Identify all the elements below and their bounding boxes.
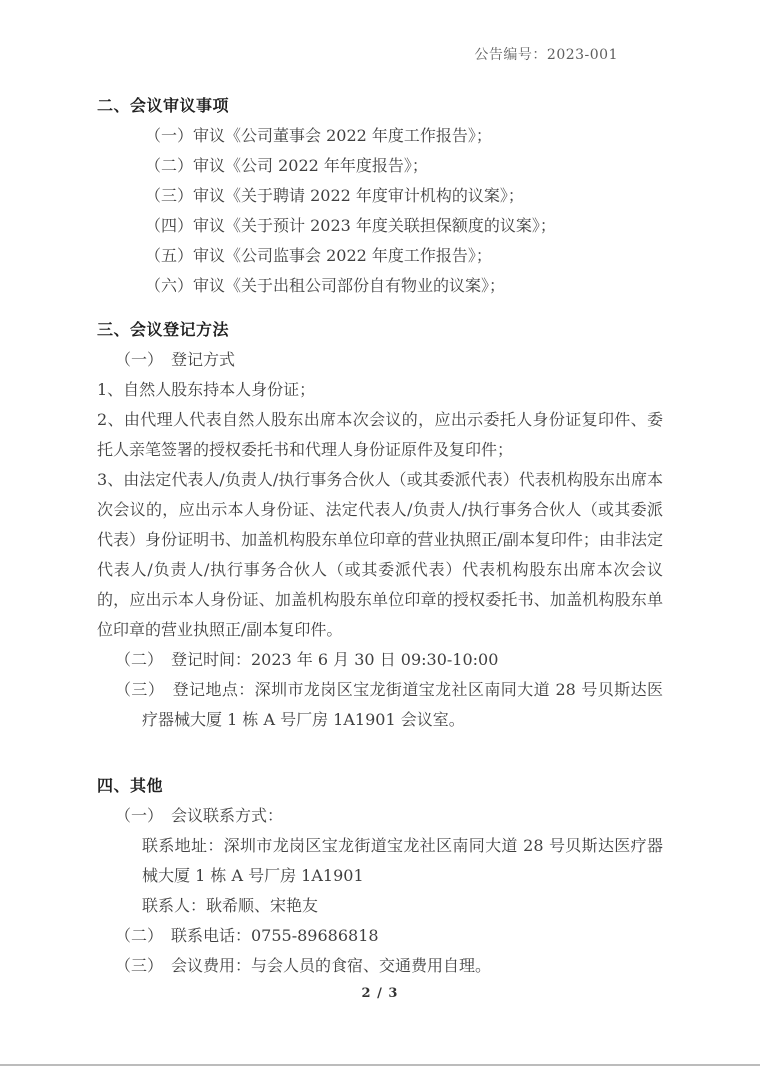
contact-phone: （二） 联系电话：0755-89686818: [115, 921, 663, 951]
review-item-3: （三）审议《关于聘请 2022 年度审计机构的议案》；: [145, 181, 663, 211]
review-item-4: （四）审议《关于预计 2023 年度关联担保额度的议案》；: [145, 211, 663, 241]
review-item-6: （六）审议《关于出租公司部份自有物业的议案》；: [145, 271, 663, 301]
registration-rule-1: 1、自然人股东持本人身份证；: [97, 375, 663, 405]
registration-rule-3: 3、由法定代表人/负责人/执行事务合伙人（或其委派代表）代表机构股东出席本次会议…: [97, 465, 663, 645]
document-content: 公告编号：2023-001 二、会议审议事项 （一）审议《公司董事会 2022 …: [0, 0, 760, 1007]
section-heading-review: 二、会议审议事项: [97, 91, 663, 121]
registration-time: （二） 登记时间：2023 年 6 月 30 日 09:30-10:00: [115, 645, 663, 675]
registration-method-title: （一） 登记方式: [115, 345, 663, 375]
meeting-fee: （三） 会议费用：与会人员的食宿、交通费用自理。: [115, 951, 663, 981]
announcement-number: 公告编号：2023-001: [97, 45, 663, 65]
contact-method-title: （一） 会议联系方式：: [115, 801, 663, 831]
page-bottom-divider: [0, 1064, 760, 1066]
page-number: 2 / 3: [97, 981, 663, 1007]
contact-address: 联系地址：深圳市龙岗区宝龙街道宝龙社区南同大道 28 号贝斯达医疗器械大厦 1 …: [142, 831, 663, 891]
contact-persons: 联系人：耿希顺、宋艳友: [142, 891, 663, 921]
review-item-1: （一）审议《公司董事会 2022 年度工作报告》；: [145, 121, 663, 151]
document-page: 公告编号：2023-001 二、会议审议事项 （一）审议《公司董事会 2022 …: [0, 0, 760, 1074]
registration-rule-2: 2、由代理人代表自然人股东出席本次会议的，应出示委托人身份证复印件、委托人亲笔签…: [97, 405, 663, 465]
review-item-2: （二）审议《公司 2022 年年度报告》；: [145, 151, 663, 181]
registration-location: （三） 登记地点：深圳市龙岗区宝龙街道宝龙社区南同大道 28 号贝斯达医疗器械大…: [97, 675, 663, 735]
review-item-5: （五）审议《公司监事会 2022 年度工作报告》；: [145, 241, 663, 271]
section-heading-registration: 三、会议登记方法: [97, 315, 663, 345]
section-heading-other: 四、其他: [97, 771, 663, 801]
